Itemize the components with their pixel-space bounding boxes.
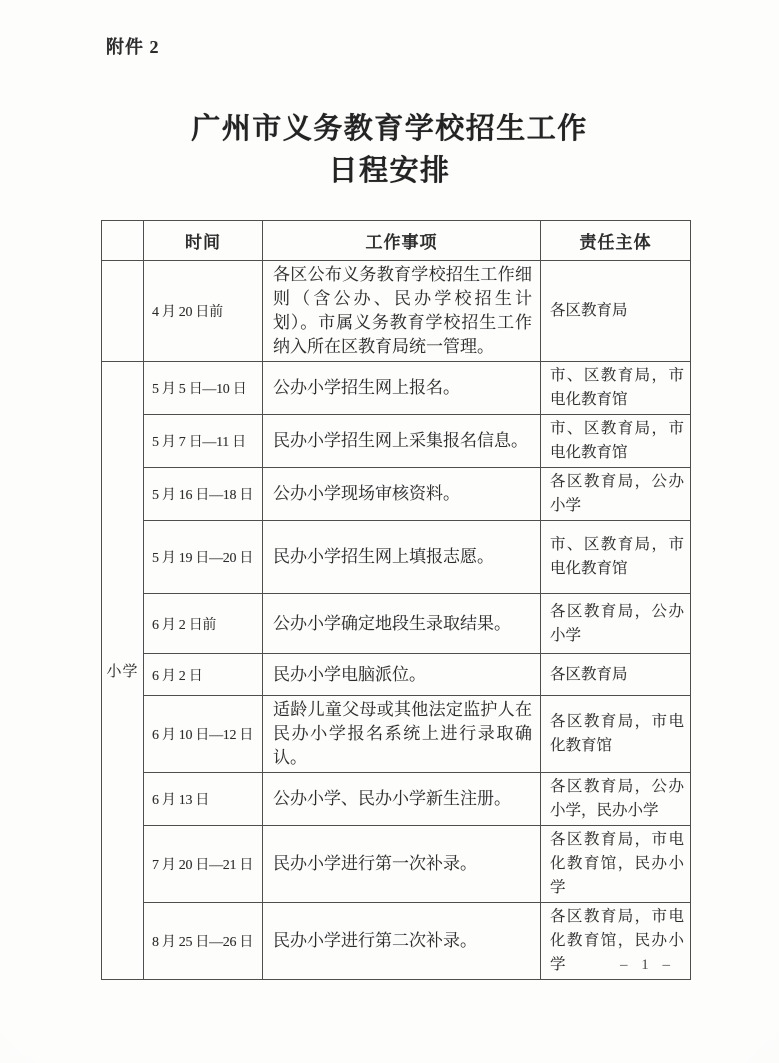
table-row: 4 月 20 日前 各区公布义务教育学校招生工作细则（含公办、民办学校招生计划）… <box>102 261 691 362</box>
cell-owner: 各区教育局，市电化教育馆 <box>541 696 691 773</box>
table-row: 5 月 7 日—11 日 民办小学招生网上采集报名信息。 市、区教育局，市电化教… <box>102 415 691 468</box>
cell-time: 6 月 13 日 <box>144 773 263 826</box>
table-row: 6 月 2 日前 公办小学确定地段生录取结果。 各区教育局，公办小学 <box>102 594 691 654</box>
cell-owner: 各区教育局 <box>541 261 691 362</box>
page-title: 广州市义务教育学校招生工作日程安排 <box>0 108 779 192</box>
cell-time: 7 月 20 日—21 日 <box>144 826 263 903</box>
group-label-primary-school: 小学 <box>102 362 144 980</box>
page-number: – 1 – <box>0 957 675 974</box>
cell-task: 公办小学确定地段生录取结果。 <box>263 594 541 654</box>
cell-time: 4 月 20 日前 <box>144 261 263 362</box>
cell-task: 适龄儿童父母或其他法定监护人在民办小学报名系统上进行录取确认。 <box>263 696 541 773</box>
cell-task: 公办小学、民办小学新生注册。 <box>263 773 541 826</box>
table-row: 小学 5 月 5 日—10 日 公办小学招生网上报名。 市、区教育局，市电化教育… <box>102 362 691 415</box>
cell-task: 各区公布义务教育学校招生工作细则（含公办、民办学校招生计划）。市属义务教育学校招… <box>263 261 541 362</box>
cell-time: 5 月 5 日—10 日 <box>144 362 263 415</box>
cell-owner: 市、区教育局，市电化教育馆 <box>541 521 691 594</box>
cell-time: 6 月 2 日前 <box>144 594 263 654</box>
cell-time: 5 月 7 日—11 日 <box>144 415 263 468</box>
page-title-line1: 广州市义务教育学校招生工作 <box>191 113 588 145</box>
table-row: 5 月 19 日—20 日 民办小学招生网上填报志愿。 市、区教育局，市电化教育… <box>102 521 691 594</box>
attachment-label: 附件 2 <box>106 33 160 59</box>
table-row: 6 月 2 日 民办小学电脑派位。 各区教育局 <box>102 654 691 696</box>
table-row: 7 月 20 日—21 日 民办小学进行第一次补录。 各区教育局，市电化教育馆，… <box>102 826 691 903</box>
cell-owner: 各区教育局，公办小学 <box>541 468 691 521</box>
cell-task: 公办小学招生网上报名。 <box>263 362 541 415</box>
cell-owner: 各区教育局 <box>541 654 691 696</box>
cell-owner: 各区教育局，公办小学 <box>541 594 691 654</box>
table-row: 6 月 10 日—12 日 适龄儿童父母或其他法定监护人在民办小学报名系统上进行… <box>102 696 691 773</box>
table-row: 5 月 16 日—18 日 公办小学现场审核资料。 各区教育局，公办小学 <box>102 468 691 521</box>
header-time: 时间 <box>144 221 263 261</box>
cell-owner: 各区教育局，公办小学，民办小学 <box>541 773 691 826</box>
table-header-row: 时间 工作事项 责任主体 <box>102 221 691 261</box>
table-row: 6 月 13 日 公办小学、民办小学新生注册。 各区教育局，公办小学，民办小学 <box>102 773 691 826</box>
cell-task: 民办小学招生网上采集报名信息。 <box>263 415 541 468</box>
cell-time: 5 月 16 日—18 日 <box>144 468 263 521</box>
page-title-line2: 日程安排 <box>328 155 450 187</box>
cell-task: 民办小学招生网上填报志愿。 <box>263 521 541 594</box>
cell-time: 6 月 10 日—12 日 <box>144 696 263 773</box>
header-task: 工作事项 <box>263 221 541 261</box>
cell-time: 5 月 19 日—20 日 <box>144 521 263 594</box>
cell-time: 6 月 2 日 <box>144 654 263 696</box>
cell-task: 民办小学进行第一次补录。 <box>263 826 541 903</box>
cell-owner: 市、区教育局，市电化教育馆 <box>541 362 691 415</box>
document-page: 附件 2 广州市义务教育学校招生工作日程安排 时间 工作事项 责任主体 4 月 … <box>0 0 779 1063</box>
schedule-table: 时间 工作事项 责任主体 4 月 20 日前 各区公布义务教育学校招生工作细则（… <box>101 220 691 980</box>
header-group <box>102 221 144 261</box>
cell-owner: 市、区教育局，市电化教育馆 <box>541 415 691 468</box>
cell-group-empty <box>102 261 144 362</box>
cell-owner: 各区教育局，市电化教育馆，民办小学 <box>541 826 691 903</box>
cell-task: 公办小学现场审核资料。 <box>263 468 541 521</box>
cell-task: 民办小学电脑派位。 <box>263 654 541 696</box>
header-owner: 责任主体 <box>541 221 691 261</box>
